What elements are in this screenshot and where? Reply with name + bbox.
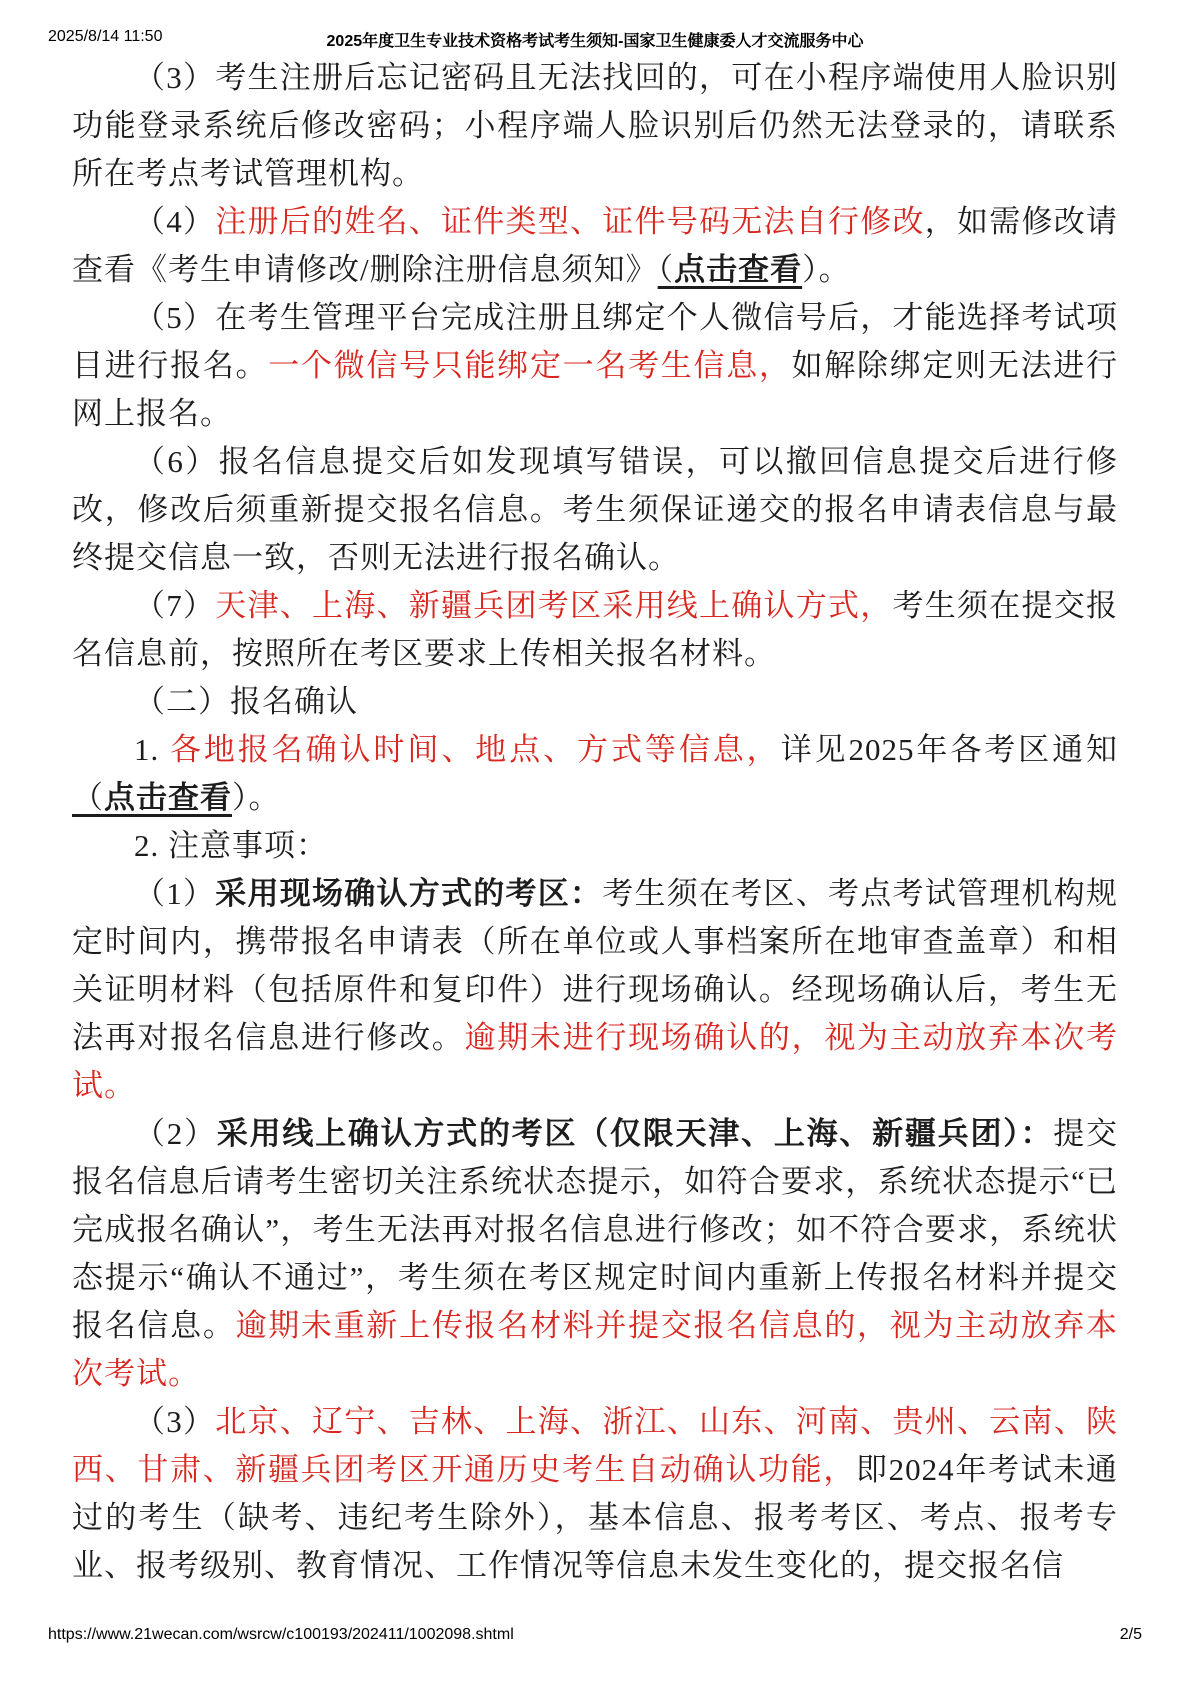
page-title: 2025年度卫生专业技术资格考试考生须知-国家卫生健康委人才交流服务中心 [0, 28, 1190, 51]
text-segment: 一个微信号只能绑定一名考生信息， [268, 348, 791, 383]
text-segment: （ [658, 252, 675, 287]
click-to-view-link[interactable]: 点击查看 [104, 780, 232, 815]
text-segment: （3） [134, 1404, 215, 1439]
print-footer: https://www.21wecan.com/wsrcw/c100193/20… [0, 1626, 1190, 1644]
paragraph: （3）北京、辽宁、吉林、上海、浙江、山东、河南、贵州、云南、陕西、甘肃、新疆兵团… [72, 1398, 1118, 1590]
text-segment: （6）报名信息提交后如发现填写错误，可以撤回信息提交后进行修改，修改后须重新提交… [72, 444, 1118, 575]
footer-page-number: 2/5 [1120, 1626, 1142, 1644]
document-body: （3）考生注册后忘记密码且无法找回的，可在小程序端使用人脸识别功能登录系统后修改… [72, 54, 1118, 1590]
paragraph: 2. 注意事项： [72, 822, 1118, 870]
text-segment: 详见2025年各考区通知 [781, 732, 1118, 767]
paragraph: 1. 各地报名确认时间、地点、方式等信息，详见2025年各考区通知（点击查看）。 [72, 726, 1118, 822]
text-segment: 采用现场确认方式的考区： [215, 876, 602, 911]
print-header: 2025/8/14 11:50 2025年度卫生专业技术资格考试考生须知-国家卫… [0, 28, 1190, 50]
text-segment: ）。 [802, 252, 851, 287]
text-segment: （二）报名确认 [134, 684, 358, 719]
text-segment: 天津、上海、新疆兵团考区采用线上确认方式， [215, 588, 892, 623]
text-segment: （4） [134, 204, 215, 239]
click-to-view-link[interactable]: 点击查看 [674, 252, 802, 287]
text-segment: 2. 注意事项： [134, 828, 328, 863]
text-segment: ）。 [232, 780, 281, 815]
paragraph: （4）注册后的姓名、证件类型、证件号码无法自行修改，如需修改请查看《考生申请修改… [72, 198, 1118, 294]
footer-url: https://www.21wecan.com/wsrcw/c100193/20… [48, 1626, 514, 1644]
text-segment: （1） [134, 876, 215, 911]
paragraph: （3）考生注册后忘记密码且无法找回的，可在小程序端使用人脸识别功能登录系统后修改… [72, 54, 1118, 198]
text-segment: （2） [134, 1116, 217, 1151]
text-segment: 采用线上确认方式的考区（仅限天津、上海、新疆兵团）： [217, 1116, 1053, 1151]
text-segment: （3）考生注册后忘记密码且无法找回的，可在小程序端使用人脸识别功能登录系统后修改… [72, 60, 1118, 191]
paragraph: （6）报名信息提交后如发现填写错误，可以撤回信息提交后进行修改，修改后须重新提交… [72, 438, 1118, 582]
text-segment: （7） [134, 588, 215, 623]
paragraph: （二）报名确认 [72, 678, 1118, 726]
text-segment: （ [72, 780, 104, 815]
text-segment: 注册后的姓名、证件类型、证件号码无法自行修改 [215, 204, 925, 239]
paragraph: （7）天津、上海、新疆兵团考区采用线上确认方式，考生须在提交报名信息前，按照所在… [72, 582, 1118, 678]
paragraph: （5）在考生管理平台完成注册且绑定个人微信号后，才能选择考试项目进行报名。一个微… [72, 294, 1118, 438]
paragraph: （1）采用现场确认方式的考区：考生须在考区、考点考试管理机构规定时间内，携带报名… [72, 870, 1118, 1110]
paragraph: （2）采用线上确认方式的考区（仅限天津、上海、新疆兵团）：提交报名信息后请考生密… [72, 1110, 1118, 1398]
text-segment: 1. [134, 732, 170, 767]
text-segment: 各地报名确认时间、地点、方式等信息， [170, 732, 781, 767]
